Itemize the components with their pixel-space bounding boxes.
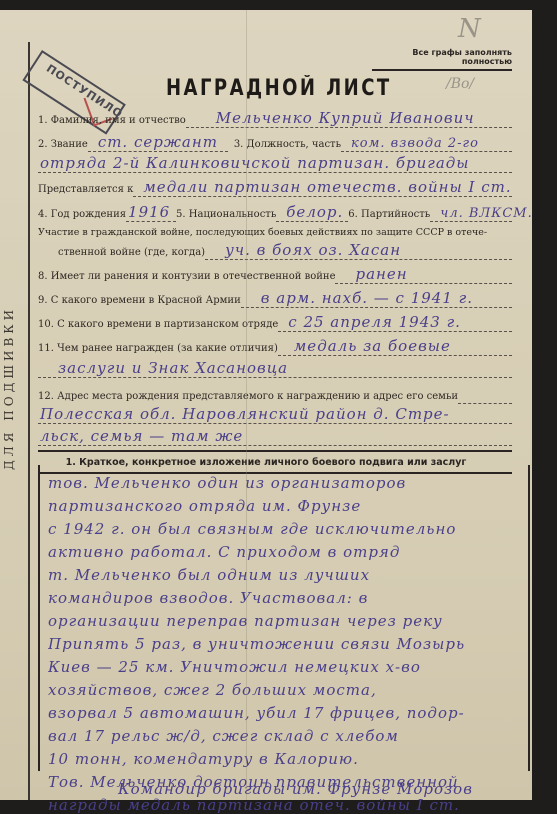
field-birth-nationality-party: 4. Год рождения 1916 5. Национальность б… <box>38 202 512 222</box>
field-address: 12. Адрес места рождения представляемого… <box>38 384 512 404</box>
field-red-army-since: 9. С какого времени в Красной Армии в ар… <box>38 288 512 308</box>
narrative-line: 10 тонн, комендатуру в Калорию. <box>48 750 518 773</box>
field-position-continuation: отряда 2-й Калинковичской партизан. бриг… <box>38 153 512 173</box>
field-label: Представляется к <box>38 184 133 197</box>
narrative-line: взорвал 5 автомашин, убил 17 фрицев, под… <box>48 704 518 727</box>
narrative-line: организации переправ партизан через реку <box>48 612 518 635</box>
narrative-box-right-border <box>528 465 530 771</box>
field-value-party: чл. ВЛКСМ. <box>440 206 532 221</box>
field-rank-position: 2. Звание ст. сержант 3. Должность, част… <box>38 132 512 152</box>
narrative-line: командиров взводов. Участвовал: в <box>48 589 518 612</box>
field-war-participation: ственной войне (где, когда) уч. в боях о… <box>58 240 512 260</box>
field-nominated-for: Представляется к медали партизан отечест… <box>38 177 512 197</box>
narrative-line: с 1942 г. он был связным где исключитель… <box>48 520 518 543</box>
narrative-line: активно работал. С приходом в отряд <box>48 543 518 566</box>
field-value-award: медали партизан отечеств. войны I ст. <box>143 178 511 196</box>
narrative-text: тов. Мельченко один из организаторов пар… <box>48 474 518 814</box>
field-full-name: 1. Фамилия, имя и отчество Мельченко Куп… <box>38 108 512 128</box>
field-previous-awards: 11. Чем ранее награжден (за какие отличи… <box>38 336 512 356</box>
narrative-line: Киев — 25 км. Уничтожил немецких х-во <box>48 658 518 681</box>
award-sheet: ДЛЯ ПОДШИВКИ ПОСТУПИЛО N /Bo/ Все графы … <box>0 10 532 800</box>
field-value-wounds: ранен <box>355 265 407 283</box>
field-value-previous-awards: медаль за боевые <box>294 337 451 355</box>
narrative-line: хозяйствов, сжег 2 больших моста, <box>48 681 518 704</box>
field-value-rank: ст. сержант <box>98 133 218 151</box>
narrative-line: т. Мельченко был одним из лучших <box>48 566 518 589</box>
narrative-line: партизанского отряда им. Фрунзе <box>48 497 518 520</box>
narrative-line: тов. Мельченко один из организаторов <box>48 474 518 497</box>
field-value-red-army-since: в арм. нахб. — с 1941 г. <box>261 289 473 307</box>
commander-signature: Командир бригады им. Фрунзе Морозов <box>118 780 473 798</box>
field-wounds: 8. Имеет ли ранения и контузии в отечест… <box>38 264 512 284</box>
section-heading: 1. Краткое, конкретное изложение личного… <box>0 457 532 468</box>
page-title: НАГРАДНОЙ ЛИСТ <box>166 76 392 101</box>
pencil-mark-n: N <box>458 14 481 44</box>
field-previous-awards-continuation: заслуги и Знак Хасановца <box>38 358 512 378</box>
field-label: 6. Партийность <box>348 209 430 222</box>
field-label: 3. Должность, часть <box>234 139 341 152</box>
field-partisan-since: 10. С какого времени в партизанском отря… <box>38 312 512 332</box>
pencil-mark-archive: /Bo/ <box>446 76 474 92</box>
header-instruction: Все графы заполнять полностью <box>372 48 512 71</box>
binding-margin-line <box>28 42 30 800</box>
field-label: 5. Национальность <box>176 209 276 222</box>
field-value-position: ком. взвода 2-го <box>351 136 479 151</box>
field-address-continuation-1: Полесская обл. Наровлянский район д. Стр… <box>38 404 512 424</box>
field-address-continuation-2: льск, семья — там же <box>38 426 512 446</box>
field-value-birth-year: 1916 <box>128 203 170 221</box>
field-value-full-name: Мельченко Куприй Иванович <box>216 109 475 127</box>
narrative-line: награды медаль партизана отеч. войны I с… <box>48 796 518 814</box>
field-label: 2. Звание <box>38 139 88 152</box>
field-value-war-participation: уч. в боях оз. Хасан <box>225 241 401 259</box>
section-divider-top <box>38 450 512 452</box>
field-war-participation-label: Участие в гражданской войне, последующих… <box>38 224 512 240</box>
narrative-box-left-border <box>38 465 40 771</box>
field-label: 1. Фамилия, имя и отчество <box>38 115 186 128</box>
field-value-nationality: белор. <box>286 203 343 221</box>
narrative-line: вал 17 рельс ж/д, сжег склад с хлебом <box>48 727 518 750</box>
field-value-partisan-since: с 25 апреля 1943 г. <box>288 313 461 331</box>
narrative-line: Припять 5 раз, в уничтожении связи Мозыр… <box>48 635 518 658</box>
field-label: 4. Год рождения <box>38 209 126 222</box>
